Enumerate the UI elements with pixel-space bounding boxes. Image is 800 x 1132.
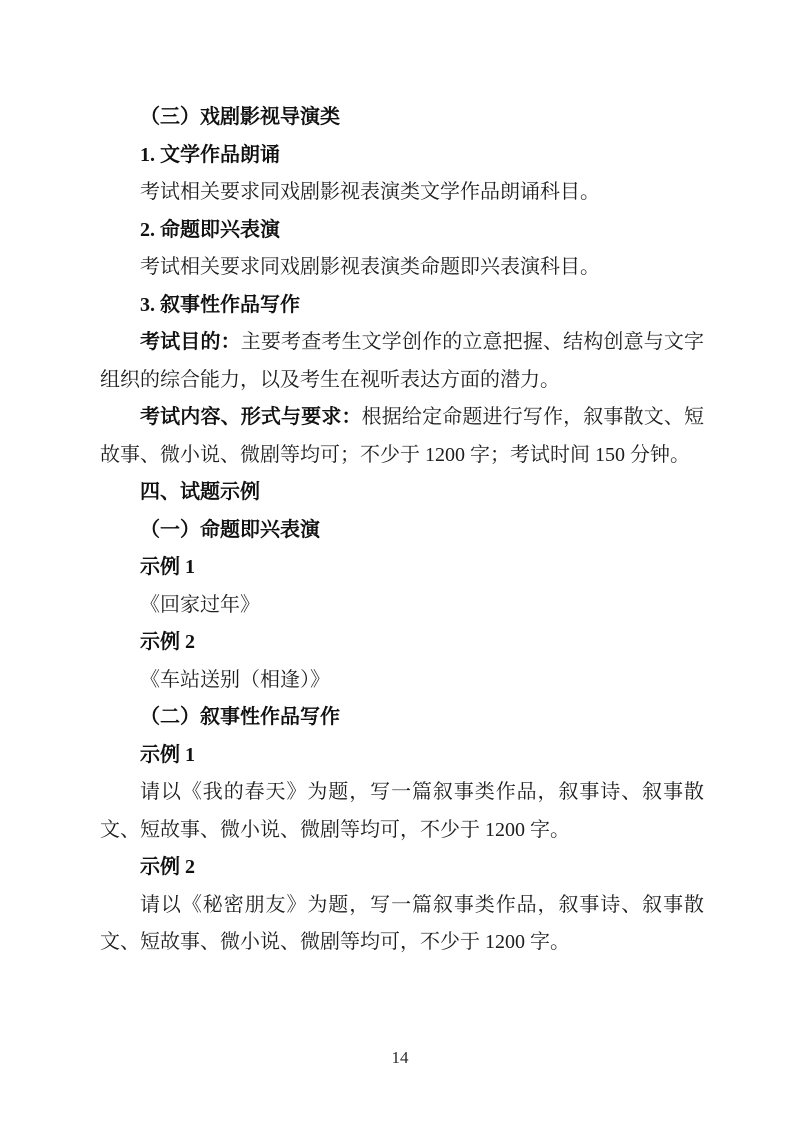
text-improv-example-2: 《车站送别（相逢）》 <box>100 662 704 700</box>
exam-requirements-label: 考试内容、形式与要求： <box>140 406 362 428</box>
text-writing-example-2: 请以《秘密朋友》为题，写一篇叙事类作品，叙事诗、叙事散文、短故事、微小说、微剧等… <box>100 887 704 962</box>
label-improv-example-2: 示例 2 <box>100 624 704 662</box>
heading-section-4: 四、试题示例 <box>100 474 704 512</box>
document-page: （三）戏剧影视导演类 1. 文学作品朗诵 考试相关要求同戏剧影视表演类文学作品朗… <box>0 0 800 1132</box>
text-writing-example-1: 请以《我的春天》为题，写一篇叙事类作品，叙事诗、叙事散文、短故事、微小说、微剧等… <box>100 774 704 849</box>
document-content: （三）戏剧影视导演类 1. 文学作品朗诵 考试相关要求同戏剧影视表演类文学作品朗… <box>100 99 704 962</box>
page-number: 14 <box>0 1046 800 1070</box>
label-improv-example-1: 示例 1 <box>100 549 704 587</box>
heading-part-2: （二）叙事性作品写作 <box>100 699 704 737</box>
exam-purpose-label: 考试目的： <box>140 331 241 353</box>
text-improv-example-1: 《回家过年》 <box>100 587 704 625</box>
heading-section-3: （三）戏剧影视导演类 <box>100 99 704 137</box>
paragraph-item-1: 考试相关要求同戏剧影视表演类文学作品朗诵科目。 <box>100 174 704 212</box>
paragraph-item-2: 考试相关要求同戏剧影视表演类命题即兴表演科目。 <box>100 249 704 287</box>
paragraph-exam-purpose: 考试目的：主要考查考生文学创作的立意把握、结构创意与文字组织的综合能力，以及考生… <box>100 324 704 399</box>
heading-part-1: （一）命题即兴表演 <box>100 512 704 550</box>
label-writing-example-1: 示例 1 <box>100 737 704 775</box>
heading-item-3: 3. 叙事性作品写作 <box>100 287 704 325</box>
label-writing-example-2: 示例 2 <box>100 849 704 887</box>
heading-item-1: 1. 文学作品朗诵 <box>100 137 704 175</box>
heading-item-2: 2. 命题即兴表演 <box>100 212 704 250</box>
paragraph-exam-requirements: 考试内容、形式与要求：根据给定命题进行写作，叙事散文、短故事、微小说、微剧等均可… <box>100 399 704 474</box>
